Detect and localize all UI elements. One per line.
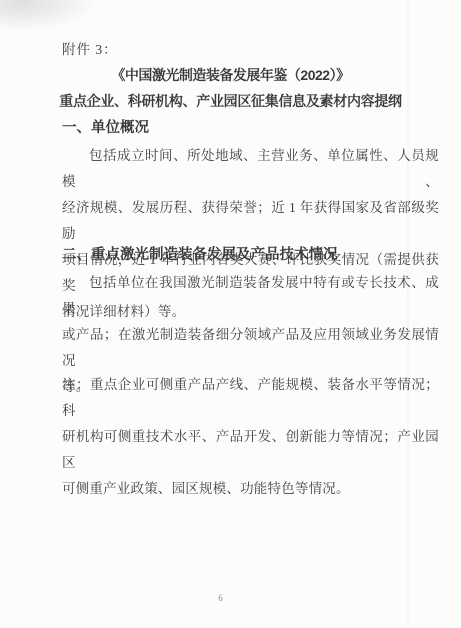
- section-2-heading: 二、重点激光制造装备发展及产品技术情况: [62, 244, 439, 266]
- page-number: 6: [0, 592, 441, 604]
- paragraph-line: 经济规模、发展历程、获得荣誉；近 1 年获得国家及省部级奖励: [62, 195, 439, 247]
- section-1-heading: 一、单位概况: [62, 117, 439, 139]
- paragraph-line: 包括单位在我国激光制造装备发展中特有或专长技术、成果: [62, 270, 439, 322]
- doc-title: 《中国激光制造装备发展年鉴（2022）》: [0, 64, 461, 86]
- paragraph-line: 或产品；在激光制造装备细分领域产品及应用领域业务发展情况: [62, 322, 439, 374]
- note-line: 注：重点企业可侧重产品产线、产能规模、装备水平等情况；科: [62, 372, 439, 424]
- scan-smudge-artifact: [0, 0, 98, 32]
- document-page: 附件 3： 《中国激光制造装备发展年鉴（2022）》 重点企业、科研机构、产业园…: [0, 0, 461, 628]
- paragraph-line: 包括成立时间、所处地域、主营业务、单位属性、人员规模、: [62, 143, 439, 195]
- note-line: 可侧重产业政策、园区规模、功能特色等情况。: [62, 476, 439, 502]
- note-line: 研机构可侧重技术水平、产品开发、创新能力等情况；产业园区: [62, 424, 439, 476]
- doc-subtitle: 重点企业、科研机构、产业园区征集信息及素材内容提纲: [0, 90, 461, 112]
- attachment-label: 附件 3：: [62, 40, 118, 60]
- note-paragraph: 注：重点企业可侧重产品产线、产能规模、装备水平等情况；科 研机构可侧重技术水平、…: [62, 372, 439, 502]
